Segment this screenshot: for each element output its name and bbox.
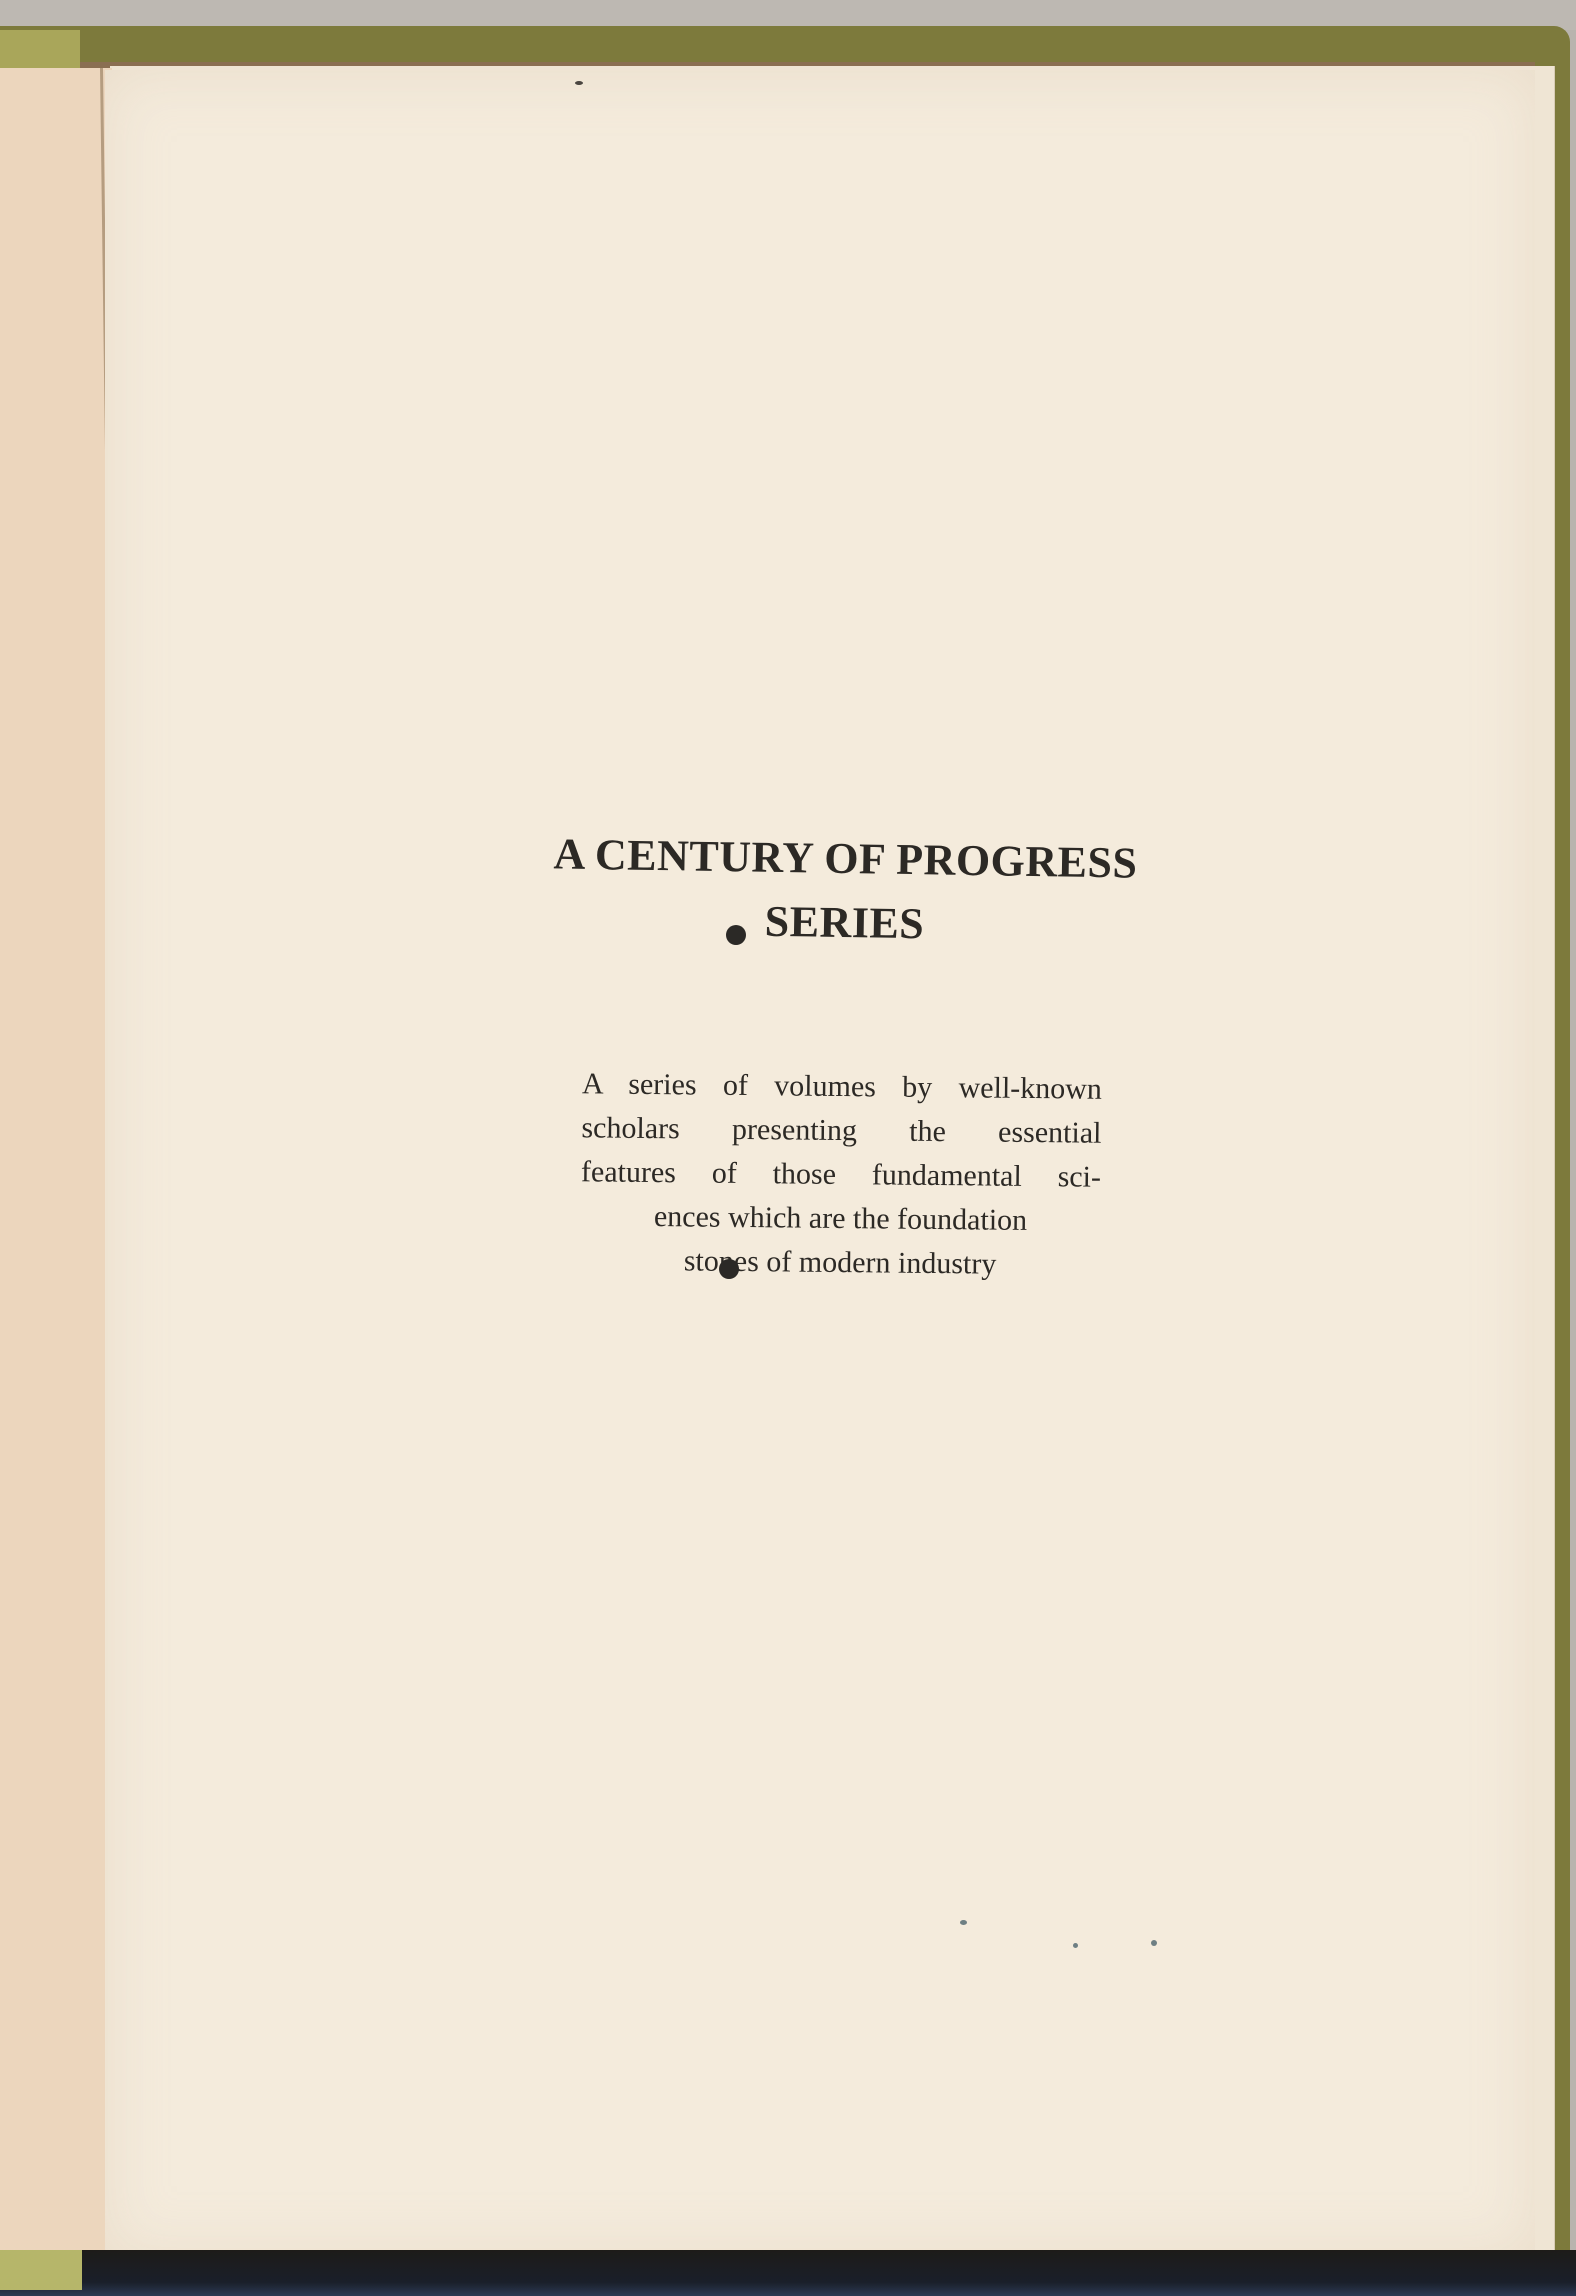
description-line: features of those fundamental sci- [581,1150,1101,1199]
spine-cloth-top [0,30,80,70]
paper-speck [1073,1943,1078,1948]
spine-cloth-bottom [0,2250,82,2290]
paper-speck [960,1920,967,1925]
description-line: stones of modern industry [580,1238,1100,1287]
bullet-ornament-icon [719,1259,739,1279]
series-description: A series of volumes by well-known schola… [580,1062,1102,1287]
paper-speck [575,81,583,85]
description-line: A series of volumes by well-known [582,1062,1102,1111]
series-title: A CENTURY OF PROGRESS SERIES [404,820,1286,962]
series-title-line-2: SERIES [404,884,1285,962]
description-line: ences which are the foundation [580,1194,1100,1243]
description-line: scholars presenting the essential [581,1106,1101,1155]
bullet-ornament-icon [726,925,746,945]
paper-speck [1151,1940,1157,1946]
scan-background-bottom [0,2250,1576,2296]
page-content: A CENTURY OF PROGRESS SERIES A series of… [105,70,1535,2258]
left-page [0,68,112,2258]
right-page: A CENTURY OF PROGRESS SERIES A series of… [105,70,1535,2258]
